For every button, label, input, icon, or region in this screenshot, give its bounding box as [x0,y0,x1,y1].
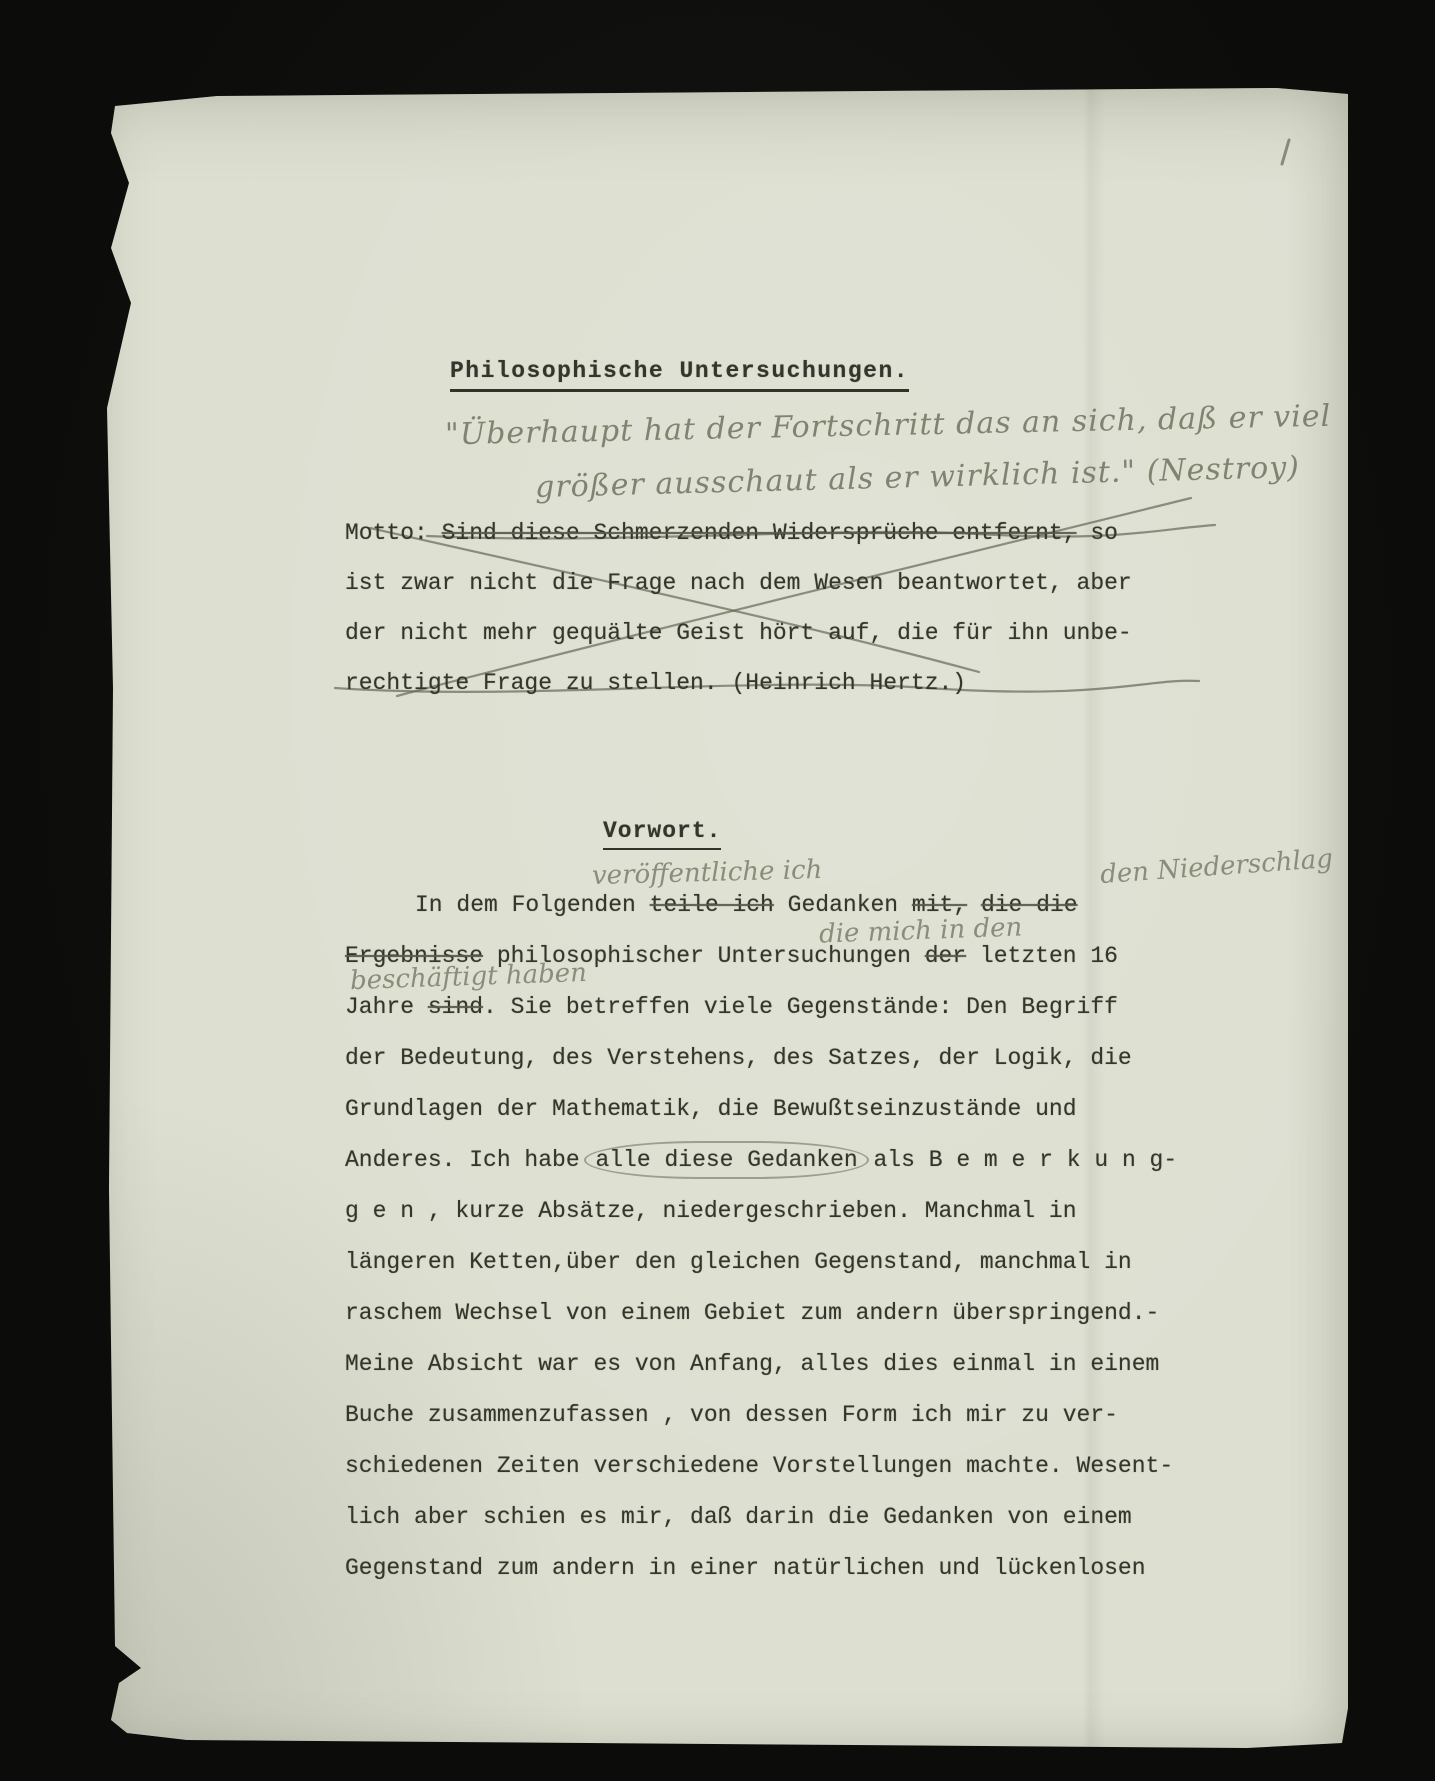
struck-text: Ergebnisse [345,943,483,969]
preface-line-13: lich aber schien es mir, daß darin die G… [345,1492,1177,1543]
struck-text: die die [981,892,1078,918]
motto-line-1: Motto: Sind diese Schmerzenden Widersprü… [345,508,1132,558]
typed-text [967,892,981,918]
preface-line-9: raschem Wechsel von einem Gebiet zum and… [345,1288,1177,1339]
typed-text: g e n , kurze Absätze, niedergeschrieben… [345,1198,1077,1224]
struck-text: der [925,943,966,969]
circled-phrase: alle diese Gedanken [584,1141,868,1179]
typed-text: der nicht mehr gequälte Geist hört auf, … [345,620,1132,646]
page-title: Philosophische Untersuchungen. [450,358,909,392]
preface-line-3: Jahre sind. Sie betreffen viele Gegenstä… [345,982,1177,1033]
typed-text: Gegenstand zum andern in einer natürlich… [345,1555,1146,1581]
typed-text: der Bedeutung, des Verstehens, des Satze… [345,1045,1132,1071]
typed-text: rechtigte Frage zu stellen. (Heinrich He… [345,670,966,696]
preface-line-6: Anderes. Ich habe alle diese Gedanken al… [345,1135,1177,1186]
motto-line-2: ist zwar nicht die Frage nach dem Wesen … [345,558,1132,608]
typed-text: ist zwar nicht die Frage nach dem Wesen … [345,570,1132,596]
preface-line-5: Grundlagen der Mathematik, die Bewußtsei… [345,1084,1177,1135]
typed-text: . Sie betreffen viele Gegenstände: Den B… [483,994,1118,1020]
typed-text: Anderes. Ich habe [345,1147,593,1173]
typed-text: Meine Absicht war es von Anfang, alles d… [345,1351,1159,1377]
typed-text: so [1077,520,1118,546]
scan-background: Philosophische Untersuchungen. "Überhaup… [0,0,1435,1781]
typed-text: Motto: [345,520,442,546]
typed-text: lich aber schien es mir, daß darin die G… [345,1504,1132,1530]
typed-text: längeren Ketten,über den gleichen Gegens… [345,1249,1132,1275]
typescript-page: Philosophische Untersuchungen. "Überhaup… [97,88,1348,1748]
preface-line-14: Gegenstand zum andern in einer natürlich… [345,1543,1177,1594]
struck-text: mit, [912,892,967,918]
preface-line-1: In dem Folgenden teile ich Gedanken mit,… [345,880,1177,931]
preface-line-4: der Bedeutung, des Verstehens, des Satze… [345,1033,1177,1084]
struck-text: Sind diese Schmerzenden Widersprüche ent… [442,520,1077,546]
preface-paragraph: In dem Folgenden teile ich Gedanken mit,… [345,880,1177,1594]
struck-text: sind [428,994,483,1020]
typed-text: raschem Wechsel von einem Gebiet zum and… [345,1300,1159,1326]
typed-text: Gedanken [774,892,912,918]
typed-text: schiedenen Zeiten verschiedene Vorstellu… [345,1453,1173,1479]
typed-text: als B e m e r k u n g- [860,1147,1177,1173]
preface-line-8: längeren Ketten,über den gleichen Gegens… [345,1237,1177,1288]
typed-text: In dem Folgenden [345,892,650,918]
handwritten-quote-line2: größer ausschaut als er wirklich ist." (… [535,450,1301,505]
handwritten-quote-line1: "Überhaupt hat der Fortschritt das an si… [445,399,1332,453]
typed-text: Grundlagen der Mathematik, die Bewußtsei… [345,1096,1077,1122]
typed-text: philosophischer Untersuchungen [483,943,925,969]
preface-line-11: Buche zusammenzufassen , von dessen Form… [345,1390,1177,1441]
preface-line-12: schiedenen Zeiten verschiedene Vorstellu… [345,1441,1177,1492]
motto-paragraph: Motto: Sind diese Schmerzenden Widersprü… [345,508,1132,708]
corner-pen-mark [1282,140,1289,164]
motto-line-4: rechtigte Frage zu stellen. (Heinrich He… [345,658,1132,708]
struck-text: teile ich [650,892,774,918]
typed-text: Buche zusammenzufassen , von dessen Form… [345,1402,1118,1428]
typed-text: letzten 16 [966,943,1118,969]
typed-text: Jahre [345,994,428,1020]
preface-line-2: Ergebnisse philosophischer Untersuchunge… [345,931,1177,982]
motto-line-3: der nicht mehr gequälte Geist hört auf, … [345,608,1132,658]
preface-heading: Vorwort. [603,818,721,850]
preface-line-7: g e n , kurze Absätze, niedergeschrieben… [345,1186,1177,1237]
preface-line-10: Meine Absicht war es von Anfang, alles d… [345,1339,1177,1390]
